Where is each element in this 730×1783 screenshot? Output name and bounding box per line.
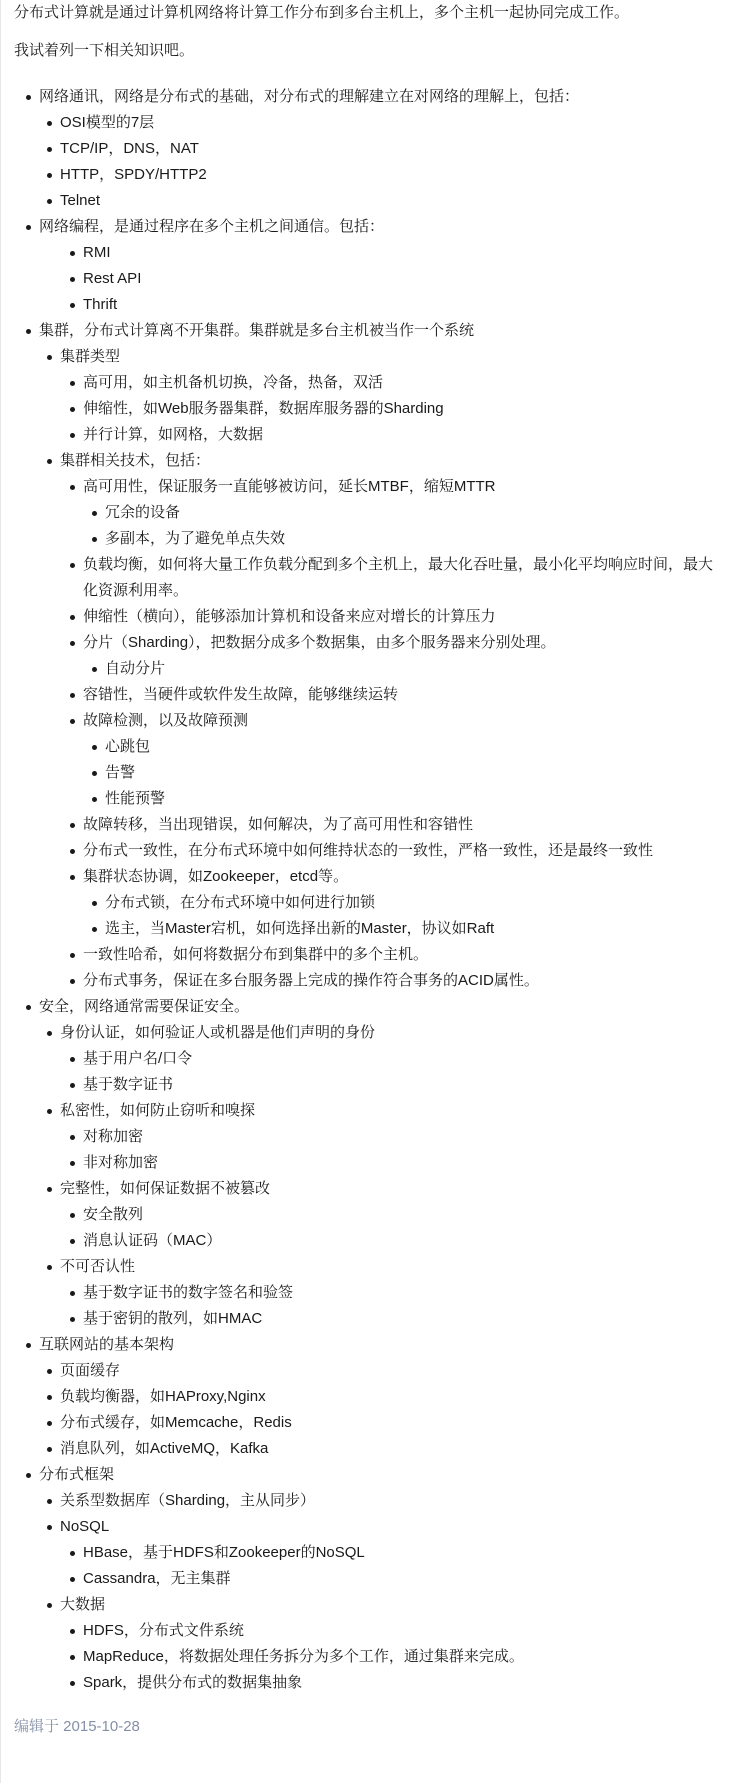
list-item: OSI模型的7层 <box>14 110 716 136</box>
answer-page: 分布式计算就是通过计算机网络将计算工作分布到多台主机上，多个主机一起协同完成工作… <box>0 0 730 1783</box>
list-item: NoSQL <box>14 1514 716 1540</box>
list-item: HTTP，SPDY/HTTP2 <box>14 162 716 188</box>
list-item: 分布式事务，保证在多台服务器上完成的操作符合事务的ACID属性。 <box>14 968 716 994</box>
list-item: 冗余的设备 <box>14 500 716 526</box>
list-item: 容错性，当硬件或软件发生故障，能够继续运转 <box>14 682 716 708</box>
list-item: 集群相关技术，包括： <box>14 448 716 474</box>
list-item: 网络编程，是通过程序在多个主机之间通信。包括： <box>14 214 716 240</box>
list-item: 不可否认性 <box>14 1254 716 1280</box>
list-item: 大数据 <box>14 1592 716 1618</box>
list-item: 基于数字证书的数字签名和验签 <box>14 1280 716 1306</box>
list-item: 安全散列 <box>14 1202 716 1228</box>
list-item: 集群状态协调，如Zookeeper，etcd等。 <box>14 864 716 890</box>
list-item: 基于用户名/口令 <box>14 1046 716 1072</box>
list-item: Telnet <box>14 188 716 214</box>
list-item: 非对称加密 <box>14 1150 716 1176</box>
footer: 编辑于 2015-10-28 <box>14 1714 716 1740</box>
list-item: Thrift <box>14 292 716 318</box>
list-item: 性能预警 <box>14 786 716 812</box>
list-item: 基于数字证书 <box>14 1072 716 1098</box>
list-item: 消息认证码（MAC） <box>14 1228 716 1254</box>
list-item: 集群，分布式计算离不开集群。集群就是多台主机被当作一个系统 <box>14 318 716 344</box>
list-item: Cassandra，无主集群 <box>14 1566 716 1592</box>
list-item: 分布式缓存，如Memcache，Redis <box>14 1410 716 1436</box>
list-item: Spark，提供分布式的数据集抽象 <box>14 1670 716 1696</box>
list-item: 一致性哈希，如何将数据分布到集群中的多个主机。 <box>14 942 716 968</box>
list-item: 负载均衡器，如HAProxy,Nginx <box>14 1384 716 1410</box>
list-item: 集群类型 <box>14 344 716 370</box>
list-item: 分片（Sharding），把数据分成多个数据集，由多个服务器来分别处理。 <box>14 630 716 656</box>
list-item: MapReduce，将数据处理任务拆分为多个工作，通过集群来完成。 <box>14 1644 716 1670</box>
list-item: 身份认证，如何验证人或机器是他们声明的身份 <box>14 1020 716 1046</box>
list-item: 多副本，为了避免单点失效 <box>14 526 716 552</box>
list-item: 对称加密 <box>14 1124 716 1150</box>
list-item: 心跳包 <box>14 734 716 760</box>
list-item: 故障检测，以及故障预测 <box>14 708 716 734</box>
list-item: 网络通讯，网络是分布式的基础，对分布式的理解建立在对网络的理解上，包括： <box>14 84 716 110</box>
list-item: 故障转移，当出现错误，如何解决，为了高可用性和容错性 <box>14 812 716 838</box>
list-item: TCP/IP，DNS，NAT <box>14 136 716 162</box>
answer-content: 分布式计算就是通过计算机网络将计算工作分布到多台主机上，多个主机一起协同完成工作… <box>1 0 730 1740</box>
knowledge-outline-list: 网络通讯，网络是分布式的基础，对分布式的理解建立在对网络的理解上，包括：OSI模… <box>14 84 716 1696</box>
list-item: 基于密钥的散列，如HMAC <box>14 1306 716 1332</box>
list-item: 高可用性，保证服务一直能够被访问，延长MTBF，缩短MTTR <box>14 474 716 500</box>
list-item: HBase，基于HDFS和Zookeeper的NoSQL <box>14 1540 716 1566</box>
list-item: 页面缓存 <box>14 1358 716 1384</box>
intro-paragraph-2: 我试着列一下相关知识吧。 <box>14 38 716 64</box>
list-item: RMI <box>14 240 716 266</box>
list-item: 负载均衡，如何将大量工作负载分配到多个主机上，最大化吞吐量，最小化平均响应时间，… <box>14 552 716 604</box>
list-item: 伸缩性，如Web服务器集群，数据库服务器的Sharding <box>14 396 716 422</box>
list-item: 完整性，如何保证数据不被篡改 <box>14 1176 716 1202</box>
list-item: 选主，当Master宕机，如何选择出新的Master，协议如Raft <box>14 916 716 942</box>
list-item: 高可用，如主机备机切换，冷备，热备，双活 <box>14 370 716 396</box>
list-item: HDFS，分布式文件系统 <box>14 1618 716 1644</box>
list-item: 安全，网络通常需要保证安全。 <box>14 994 716 1020</box>
list-item: 伸缩性（横向），能够添加计算机和设备来应对增长的计算压力 <box>14 604 716 630</box>
intro-paragraph-1: 分布式计算就是通过计算机网络将计算工作分布到多台主机上，多个主机一起协同完成工作… <box>14 0 716 26</box>
list-item: 自动分片 <box>14 656 716 682</box>
list-item: 并行计算，如网格，大数据 <box>14 422 716 448</box>
list-item: 消息队列，如ActiveMQ，Kafka <box>14 1436 716 1462</box>
list-item: 关系型数据库（Sharding，主从同步） <box>14 1488 716 1514</box>
list-item: 互联网站的基本架构 <box>14 1332 716 1358</box>
list-item: 私密性，如何防止窃听和嗅探 <box>14 1098 716 1124</box>
edited-timestamp-link[interactable]: 编辑于 2015-10-28 <box>14 1718 140 1735</box>
list-item: 分布式一致性，在分布式环境中如何维持状态的一致性，严格一致性，还是最终一致性 <box>14 838 716 864</box>
list-item: 分布式锁，在分布式环境中如何进行加锁 <box>14 890 716 916</box>
list-item: 分布式框架 <box>14 1462 716 1488</box>
list-item: 告警 <box>14 760 716 786</box>
list-item: Rest API <box>14 266 716 292</box>
